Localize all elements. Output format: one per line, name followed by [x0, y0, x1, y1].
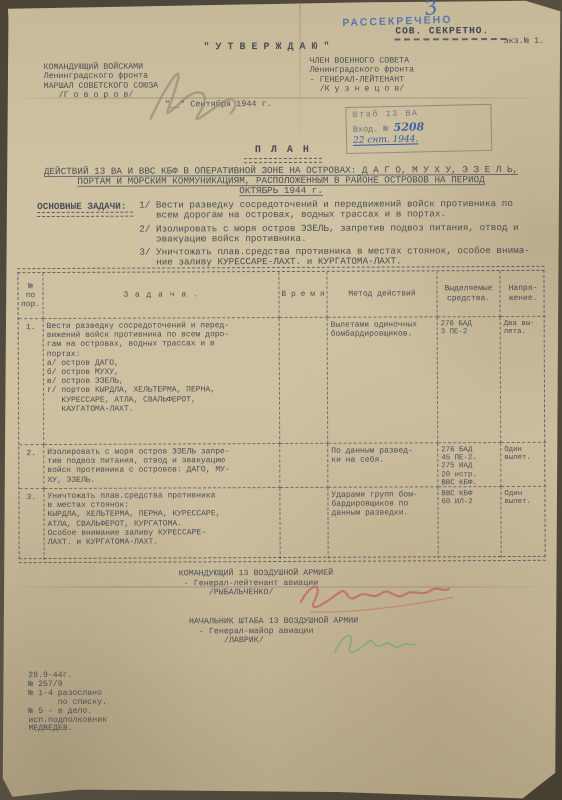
signature-block-chief-of-staff: НАЧАЛЬНИК ШТАБА 13 ВОЗДУШНОЙ АРМИИ - Ген…: [189, 617, 358, 647]
table-header-intensity: Напря- жение.: [500, 271, 545, 317]
copy-number: экз.№ 1.: [503, 36, 544, 46]
task-item-1: 1/ Вести разведку сосредоточений и перед…: [139, 199, 513, 220]
plan-table: № по пор. З а д а ч а . В р е м я Метод …: [17, 270, 545, 559]
footer-distribution-note: 29.9-44г. № 257/9 № 1-4 разослано по спи…: [28, 672, 107, 735]
table-row-2-num: 2.: [19, 445, 44, 489]
tasks-heading: ОСНОВНЫЕ ЗАДАЧИ:: [37, 201, 126, 212]
table-row-3-time: [280, 488, 328, 559]
table-row-1-intensity: Два вы- лета.: [501, 317, 547, 443]
table-row-2-task: Изолировать с моря остров ЭЗЕЛЬ запре- т…: [44, 444, 280, 489]
secrecy-label: СОВ. СЕКРЕТНО.: [395, 25, 489, 36]
table-row-1-method: Вылетами одиночных бомбардировщиков.: [328, 317, 439, 443]
title-underline: [244, 158, 322, 163]
receipt-stamp-unit: Штаб 13 ВА: [352, 107, 484, 120]
document-content: 3 РАССЕКРЕЧЕНО СОВ. СЕКРЕТНО. экз.№ 1. "…: [0, 0, 562, 800]
table-row-2-time: [280, 444, 328, 488]
table-header-num: № по пор.: [18, 273, 43, 319]
approval-left-block: КОМАНДУЮЩИЙ ВОЙСКАМИ Ленинградского фрон…: [44, 63, 159, 101]
hq-receipt-stamp: Штаб 13 ВА Вход. № 5208 22 снт. 1944.: [345, 104, 492, 154]
table-row-2-means: 276 БАД 45 ПЕ-2. 275 ИАД 20 истр. ВВС КБ…: [438, 443, 501, 487]
table-row-3-intensity: Один вылет.: [501, 487, 546, 558]
table-header-method: Метод действий: [327, 271, 437, 317]
table-header-time: В р е м я: [279, 272, 327, 318]
table-row-3-method: Ударами групп бом- бардировщиков по данн…: [328, 487, 438, 558]
tasks-heading-underline: [37, 212, 133, 217]
table-top-rule: [17, 266, 544, 269]
table-row-1-task: Вести разведку сосредоточений и перед- в…: [44, 318, 281, 445]
table-row-2-method: По данным развед- ки на себя.: [328, 443, 438, 487]
table-row-3-means: ВВС КБФ 60 ИЛ-2: [438, 487, 501, 558]
task-item-2: 2/ Изолировать с моря остров ЭЗЕЛЬ, запр…: [139, 223, 518, 244]
table-row-1-means: 276 БАД 3 ПЕ-2: [438, 317, 502, 443]
approval-date-line: "__" Сентября 1944 г.: [165, 99, 272, 109]
table-row-3-task: Уничтожать плав.средства противника в ме…: [44, 488, 280, 560]
receipt-stamp-incoming-label: Вход. №: [353, 124, 389, 135]
table-row-3-num: 3.: [19, 489, 44, 560]
table-row-1-num: 1.: [19, 319, 45, 445]
table-bottom-rule: [19, 560, 546, 563]
task-item-3: 3/ Уничтожать плав.средства противника в…: [139, 246, 530, 267]
signature-block-commander: КОМАНДУЮЩИЙ 13 ВОЗДУШНОЙ АРМИЕЙ - Генера…: [179, 569, 333, 598]
handwritten-receipt-date: 22 снт. 1944.: [353, 133, 485, 146]
document-subtitle: ДЕЙСТВИЙ 13 ВА И ВВС КБФ В ОПЕРАТИВНОЙ З…: [34, 165, 528, 197]
handwritten-incoming-number: 5208: [393, 120, 424, 134]
approval-heading: " У Т В Е Р Ж Д А Ю ": [181, 42, 351, 54]
table-header-means: Выделяемые средства.: [437, 271, 500, 317]
table-header-task: З а д а ч а .: [43, 272, 279, 319]
table-row-2-intensity: Один вылет.: [501, 443, 546, 487]
secrecy-underline: [394, 38, 506, 40]
photo-background: 3 РАССЕКРЕЧЕНО СОВ. СЕКРЕТНО. экз.№ 1. "…: [0, 0, 562, 800]
document-title: П Л А Н: [223, 145, 343, 157]
approval-right-block: ЧЛЕН ВОЕННОГО СОВЕТА Ленинградского фрон…: [310, 56, 415, 94]
govorov-pencil-signature: [151, 74, 236, 120]
table-row-1-time: [280, 318, 329, 444]
